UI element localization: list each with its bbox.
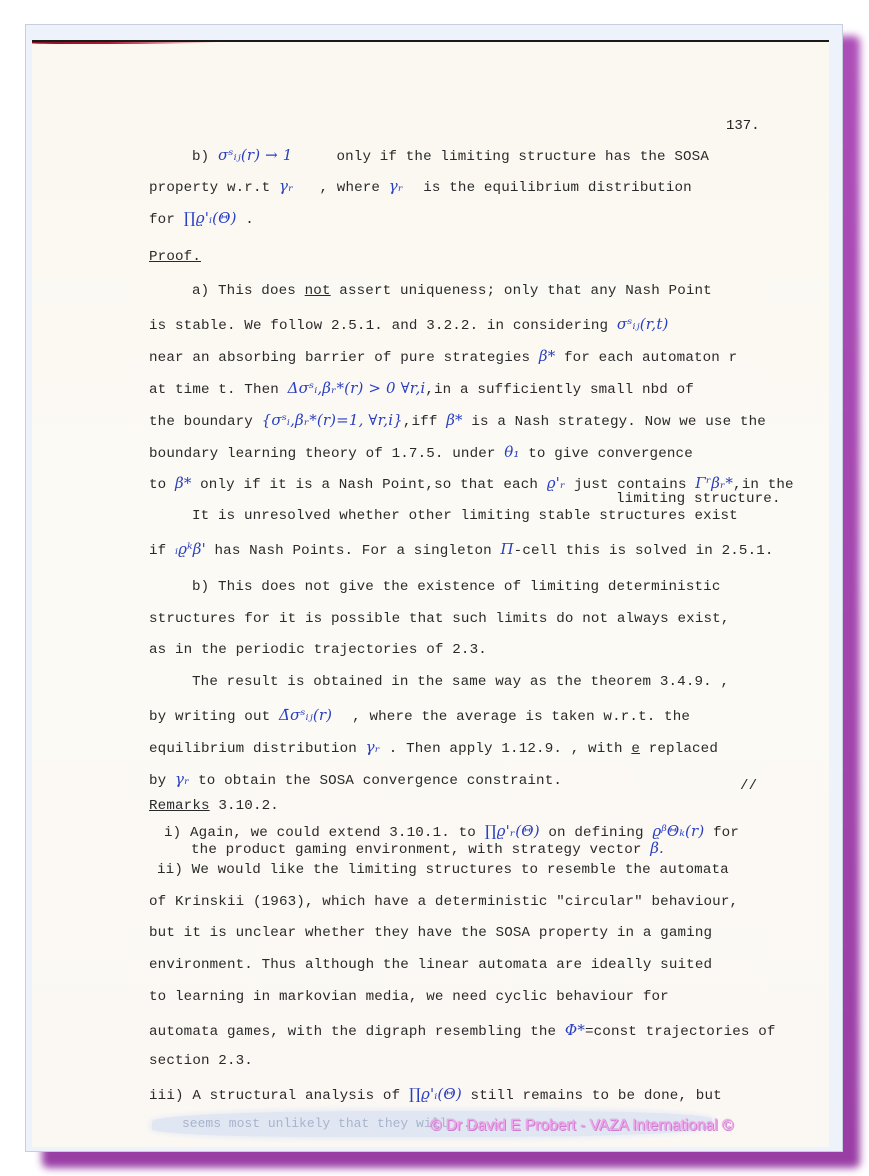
text-line: It is unresolved whether other limiting …: [192, 508, 738, 524]
text-line: if ᵢϱᵏβ' has Nash Points. For a singleto…: [149, 540, 774, 559]
text-line: the product gaming environment, with str…: [191, 839, 664, 858]
handwritten-formula: Δσˢᵢ,βᵣ*(r) > 0 ∀r,i: [288, 379, 426, 397]
text-line: as in the periodic trajectories of 2.3.: [149, 642, 487, 658]
text: , where: [319, 180, 388, 196]
emphasis: not: [305, 283, 331, 299]
text-line: near an absorbing barrier of pure strate…: [149, 347, 737, 366]
text: by writing out: [149, 709, 279, 725]
handwritten-formula: θ₁: [504, 443, 519, 461]
text: ,iff: [403, 414, 446, 430]
handwritten-formula: ∏ϱ'ᵢ(Θ): [409, 1085, 462, 1103]
text-line: for ∏ϱ'ᵢ(Θ) .: [149, 209, 254, 228]
text-line: ii) We would like the limiting structure…: [157, 862, 729, 878]
text-line: property w.r.t γᵣ, where γᵣis the equili…: [149, 177, 692, 196]
handwritten-formula: Γʳβᵣ*: [695, 474, 733, 492]
text-line: structures for it is possible that such …: [149, 611, 729, 627]
handwritten-formula: ϱ'ᵣ: [547, 474, 566, 492]
text-line: by γᵣ to obtain the SOSA convergence con…: [149, 770, 562, 789]
handwritten-formula: β*: [175, 474, 191, 492]
text-line: boundary learning theory of 1.7.5. under…: [149, 443, 693, 462]
text: still remains to be done, but: [462, 1088, 722, 1104]
text: property w.r.t: [149, 180, 279, 196]
text-line: to learning in markovian media, we need …: [149, 989, 669, 1005]
text-line: equilibrium distribution γᵣ . Then apply…: [149, 738, 718, 757]
handwritten-formula: γᵣ: [175, 770, 189, 788]
text: at time t. Then: [149, 382, 288, 398]
text: Remarks: [149, 798, 210, 814]
text: a) This does: [192, 283, 305, 299]
text-line: is stable. We follow 2.5.1. and 3.2.2. i…: [149, 315, 669, 334]
page-number: 137.: [726, 118, 760, 134]
text: for: [704, 825, 739, 841]
text-line: section 2.3.: [149, 1053, 253, 1069]
text: to give convergence: [520, 446, 693, 462]
text-line: at time t. Then Δσˢᵢ,βᵣ*(r) > 0 ∀r,i,in …: [149, 379, 694, 398]
text: assert uniqueness; only that any Nash Po…: [331, 283, 712, 299]
text: to obtain the SOSA convergence constrain…: [189, 773, 562, 789]
handwritten-formula: β*: [446, 411, 462, 429]
text: e: [631, 741, 640, 757]
text-line: of Krinskii (1963), which have a determi…: [149, 894, 738, 910]
text-line: The result is obtained in the same way a…: [192, 674, 729, 690]
text: equilibrium distribution: [149, 741, 366, 757]
text: boundary learning theory of 1.7.5. under: [149, 446, 504, 462]
text: is the equilibrium distribution: [423, 180, 692, 196]
text: -cell this is solved in 2.5.1.: [514, 543, 774, 559]
text: , where the average is taken w.r.t. the: [352, 709, 690, 725]
text: is a Nash strategy. Now we use the: [463, 414, 766, 430]
text-line: automata games, with the digraph resembl…: [149, 1021, 776, 1040]
handwritten-formula: Δ̄σˢᵢⱼ(r): [279, 706, 332, 724]
handwritten-formula: σˢᵢⱼ(r) → 1: [218, 146, 292, 164]
handwritten-formula: Φ*: [565, 1021, 585, 1039]
text: iii) A structural analysis of: [149, 1088, 409, 1104]
copyright-watermark: © Dr David E Probert - VAZA Internationa…: [430, 1117, 733, 1135]
text-line: iii) A structural analysis of ∏ϱ'ᵢ(Θ) st…: [149, 1085, 722, 1104]
text: =const trajectories of: [585, 1024, 776, 1040]
handwritten-formula: γᵣ: [389, 177, 403, 195]
text: is stable. We follow 2.5.1. and 3.2.2. i…: [149, 318, 617, 334]
text-line: b) σˢᵢⱼ(r) → 1only if the limiting struc…: [192, 146, 709, 165]
handwritten-formula: γᵣ: [366, 738, 380, 756]
text-line: b) This does not give the existence of l…: [192, 579, 721, 595]
text: to: [149, 477, 175, 493]
proof-heading: Proof.: [149, 249, 201, 265]
handwritten-formula: {σˢᵢ,βᵣ*(r)=1, ∀r,i}: [262, 411, 403, 429]
remarks-heading: Remarks 3.10.2.: [149, 798, 279, 814]
text-line: by writing out Δ̄σˢᵢⱼ(r), where the aver…: [149, 706, 690, 725]
handwritten-formula: σˢᵢⱼ(r,t): [617, 315, 669, 333]
text: 3.10.2.: [210, 798, 279, 814]
text: for: [149, 212, 184, 228]
text: automata games, with the digraph resembl…: [149, 1024, 565, 1040]
text: replaced: [640, 741, 718, 757]
text-line: the boundary {σˢᵢ,βᵣ*(r)=1, ∀r,i},iff β*…: [149, 411, 766, 430]
text: by: [149, 773, 175, 789]
handwritten-formula: Π: [500, 540, 513, 558]
handwritten-formula: ϱᵝΘₖ(r): [652, 822, 704, 840]
text: . Then apply 1.12.9. , with: [380, 741, 631, 757]
text-line: but it is unclear whether they have the …: [149, 925, 712, 941]
text: the boundary: [149, 414, 262, 430]
text: has Nash Points. For a singleton: [206, 543, 501, 559]
handwritten-formula: β.: [650, 839, 664, 857]
text: only if it is a Nash Point,so that each: [191, 477, 546, 493]
handwritten-formula: γᵣ: [279, 177, 293, 195]
text: only if the limiting structure has the S…: [336, 149, 709, 165]
text-line: environment. Thus although the linear au…: [149, 957, 712, 973]
handwritten-formula: ∏ϱ'ᵢ(Θ): [184, 209, 237, 227]
text: b): [192, 149, 218, 165]
handwritten-formula: β*: [539, 347, 555, 365]
text: .: [237, 212, 254, 228]
text-line: limiting structure.: [616, 491, 781, 507]
handwritten-formula: ∏ϱ'ᵣ(Θ): [485, 822, 540, 840]
text: the product gaming environment, with str…: [191, 842, 650, 858]
text: if: [149, 543, 175, 559]
text: near an absorbing barrier of pure strate…: [149, 350, 539, 366]
text-line: a) This does not assert uniqueness; only…: [192, 283, 712, 299]
text: ,in a sufficiently small nbd of: [425, 382, 694, 398]
handwritten-formula: ᵢϱᵏβ': [175, 540, 206, 558]
document-page: 137. b) σˢᵢⱼ(r) → 1only if the limiting …: [32, 40, 829, 1147]
text: for each automaton r: [555, 350, 737, 366]
qed-mark: //: [740, 778, 757, 794]
